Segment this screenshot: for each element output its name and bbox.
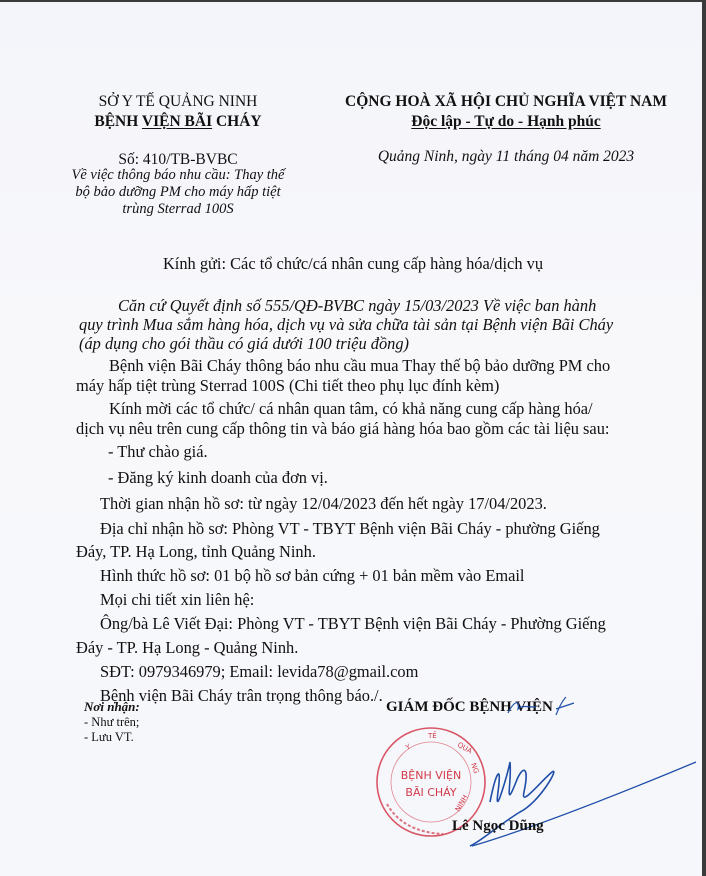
recipients-title: Nơi nhận: <box>84 699 140 715</box>
basis-line: (áp dụng cho gói thầu có giá dưới 100 tr… <box>79 334 409 354</box>
subject-line: bộ bảo dưỡng PM cho máy hấp tiệt <box>60 184 296 201</box>
stamp-text-line1: BỆNH VIỆN <box>401 769 461 782</box>
svg-text:TẾ: TẾ <box>427 730 437 740</box>
submission-format: Hình thức hồ sơ: 01 bộ hồ sơ bản cứng + … <box>100 566 524 586</box>
basis-line: quy trình Mua sắm hàng hóa, dịch vụ và s… <box>79 315 613 335</box>
place-date: Quảng Ninh, ngày 11 tháng 04 năm 2023 <box>310 148 702 166</box>
invite-line: dịch vụ nêu trên cung cấp thông tin và b… <box>76 419 609 439</box>
recipient-item: - Lưu VT. <box>84 730 134 744</box>
recipient-line: Kính gửi: Các tổ chức/cá nhân cung cấp h… <box>0 254 702 274</box>
national-motto: Độc lập - Tự do - Hạnh phúc <box>310 112 702 131</box>
recipient-item: - Như trên; <box>84 715 139 729</box>
subject-line: trùng Sterrad 100S <box>60 201 296 218</box>
signer-name: Lê Ngọc Dũng <box>452 818 544 835</box>
stamp-text-line2: BÃI CHÁY <box>405 786 456 799</box>
hospital-name-underlined: VIỆN BÃI <box>142 113 212 130</box>
initials-icon <box>506 695 576 717</box>
document-item: - Đăng ký kinh doanh của đơn vị. <box>108 468 328 488</box>
signature-icon <box>460 742 700 852</box>
hospital-name: BỆNH VIỆN BÃI CHÁY <box>60 112 296 131</box>
hospital-name-suffix: CHÁY <box>212 113 262 130</box>
contact-intro: Mọi chi tiết xin liên hệ: <box>100 590 254 610</box>
nation-title: CỘNG HOÀ XÃ HỘI CHỦ NGHĨA VIỆT NAM <box>310 92 702 111</box>
submission-time: Thời gian nhận hồ sơ: từ ngày 12/04/2023… <box>100 494 547 514</box>
address-line: Địa chỉ nhận hồ sơ: Phòng VT - TBYT Bệnh… <box>100 519 600 539</box>
contact-line: Đáy - TP. Hạ Long - Quảng Ninh. <box>76 638 298 658</box>
document-item: - Thư chào giá. <box>108 442 208 462</box>
ministry-name: SỞ Y TẾ QUẢNG NINH <box>60 92 296 111</box>
phone-email: SĐT: 0979346979; Email: levida78@gmail.c… <box>100 662 418 682</box>
contact-line: Ông/bà Lê Viết Đại: Phòng VT - TBYT Bệnh… <box>100 614 606 634</box>
notice-line: Bệnh viện Bãi Cháy thông báo nhu cầu mua… <box>109 356 610 376</box>
address-line: Đáy, TP. Hạ Long, tỉnh Quảng Ninh. <box>76 542 316 562</box>
subject-line: Về việc thông báo nhu cầu: Thay thế <box>60 167 296 184</box>
national-motto-text: Độc lập - Tự do - Hạnh phúc <box>411 113 600 130</box>
hospital-name-prefix: BỆNH <box>94 113 142 130</box>
notice-line: máy hấp tiệt trùng Sterrad 100S (Chi tiế… <box>76 376 499 396</box>
basis-line: Căn cứ Quyết định số 555/QĐ-BVBC ngày 15… <box>118 296 596 316</box>
document-page: SỞ Y TẾ QUẢNG NINH BỆNH VIỆN BÃI CHÁY Số… <box>0 2 702 876</box>
closing-line: Bệnh viện Bãi Cháy trân trọng thông báo.… <box>100 686 383 706</box>
invite-line: Kính mời các tổ chức/ cá nhân quan tâm, … <box>109 399 593 419</box>
